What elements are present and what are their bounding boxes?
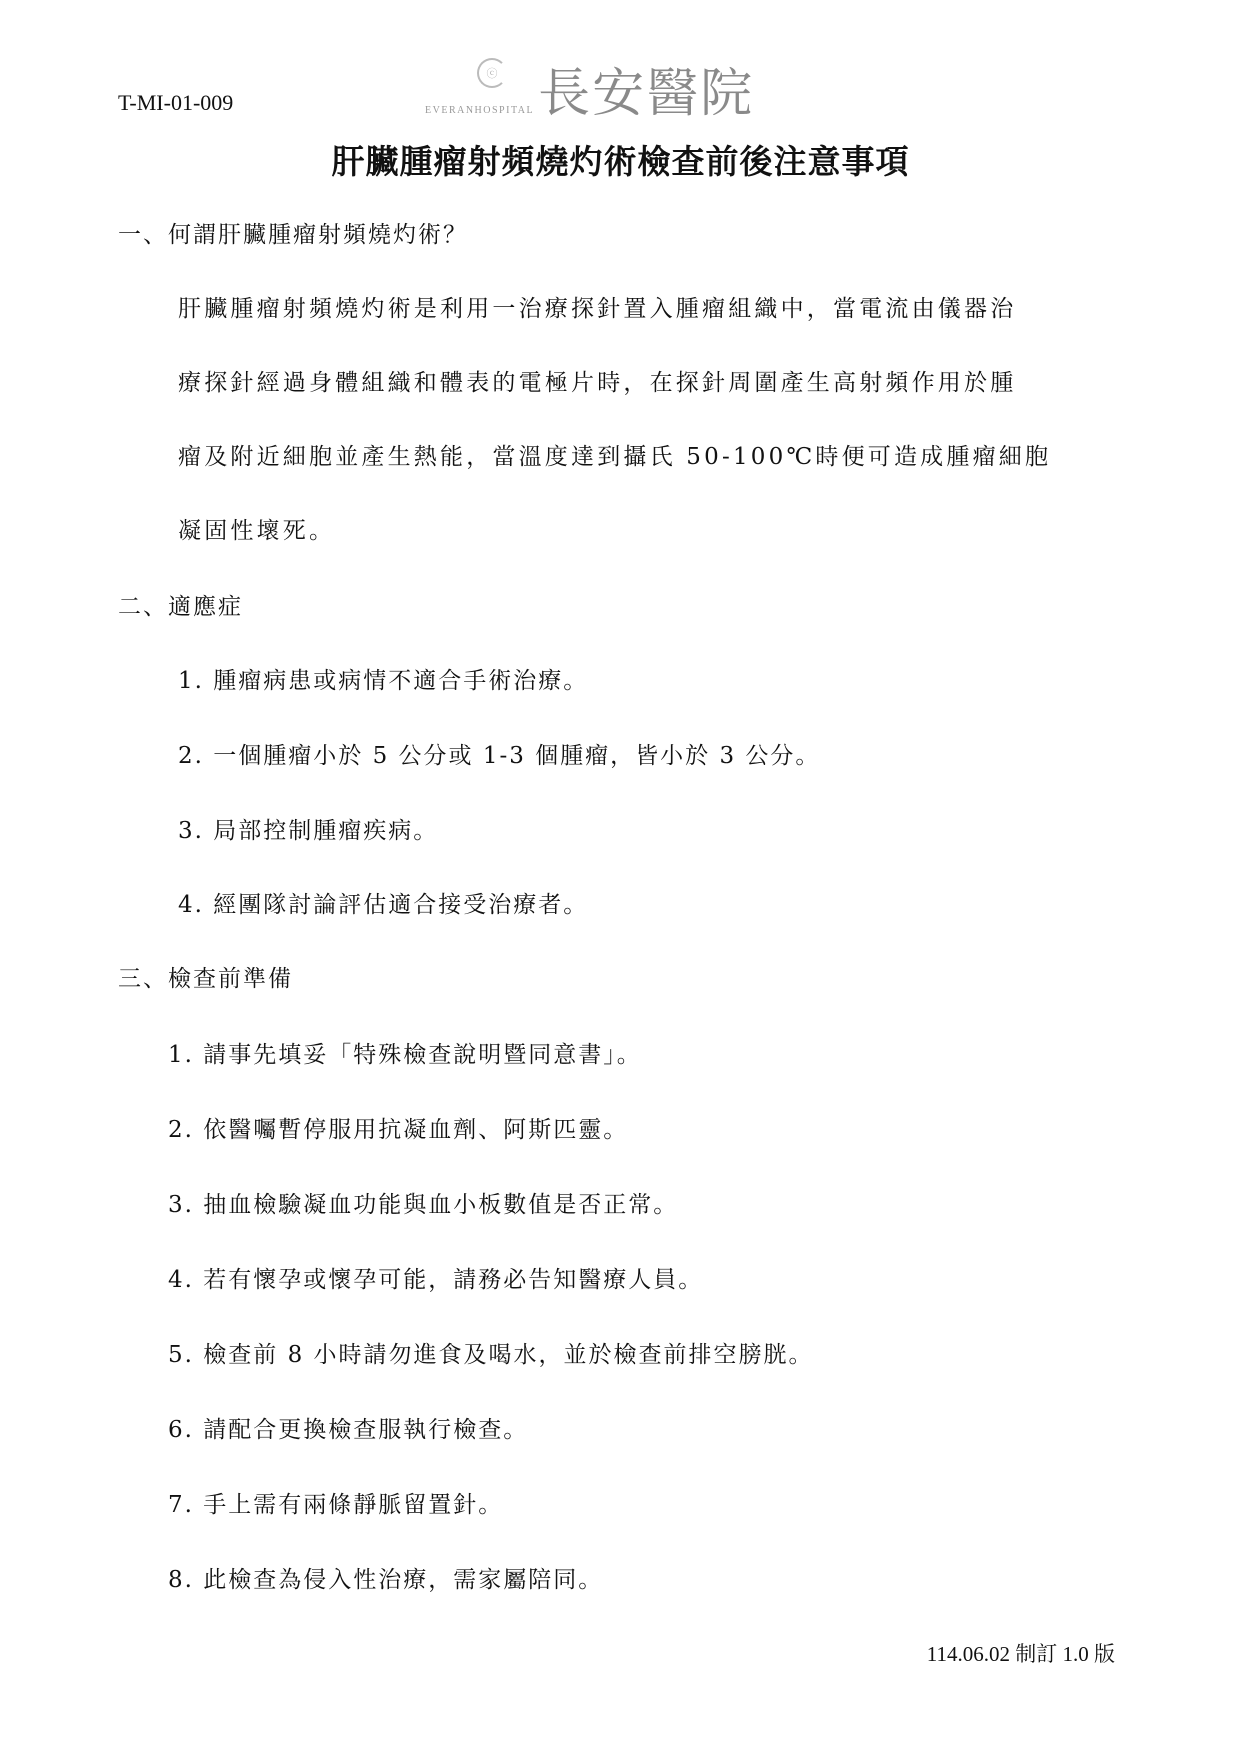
list-item: 1. 腫瘤病患或病情不適合手術治療。: [178, 662, 588, 695]
hospital-logo: ⓒ EVERANHOSPITAL 長安醫院: [425, 58, 754, 120]
list-item: 4. 經團隊討論評估適合接受治療者。: [178, 886, 588, 919]
list-item: 3. 局部控制腫瘤疾病。: [178, 812, 438, 845]
list-item: 5. 檢查前 8 小時請勿進食及喝水，並於檢查前排空膀胱。: [168, 1336, 814, 1369]
paragraph-line: 療探針經過身體組織和體表的電極片時，在探針周圍產生高射頻作用於腫: [178, 364, 1016, 397]
logo-chinese-name: 長安醫院: [538, 68, 754, 120]
paragraph-line: 肝臟腫瘤射頻燒灼術是利用一治療探針置入腫瘤組織中，當電流由儀器治: [178, 290, 1016, 323]
list-item: 2. 依醫囑暫停服用抗凝血劑、阿斯匹靈。: [168, 1111, 628, 1144]
hospital-emblem-icon: ⓒ: [477, 58, 507, 88]
list-item: 8. 此檢查為侵入性治療，需家屬陪同。: [168, 1561, 603, 1594]
list-item: 4. 若有懷孕或懷孕可能，請務必告知醫療人員。: [168, 1261, 703, 1294]
section-heading-preparation: 三、檢查前準備: [118, 960, 293, 993]
document-code: T-MI-01-009: [118, 90, 233, 116]
section-heading-definition: 一、何謂肝臟腫瘤射頻燒灼術？: [118, 216, 468, 249]
list-item: 1. 請事先填妥「特殊檢查說明暨同意書」。: [168, 1036, 642, 1069]
revision-note: 114.06.02 制訂 1.0 版: [927, 1638, 1115, 1668]
list-item: 7. 手上需有兩條靜脈留置針。: [168, 1486, 503, 1519]
paragraph-line: 凝固性壞死。: [178, 512, 335, 545]
page-title: 肝臟腫瘤射頻燒灼術檢查前後注意事項: [0, 136, 1241, 183]
list-item: 3. 抽血檢驗凝血功能與血小板數值是否正常。: [168, 1186, 678, 1219]
section-heading-indications: 二、適應症: [118, 588, 243, 621]
list-item: 6. 請配合更換檢查服執行檢查。: [168, 1411, 528, 1444]
paragraph-line: 瘤及附近細胞並產生熱能，當溫度達到攝氏 50-100℃時便可造成腫瘤細胞: [178, 438, 1051, 471]
list-item: 2. 一個腫瘤小於 5 公分或 1-3 個腫瘤，皆小於 3 公分。: [178, 737, 820, 770]
logo-english-name: EVERANHOSPITAL: [425, 105, 534, 116]
